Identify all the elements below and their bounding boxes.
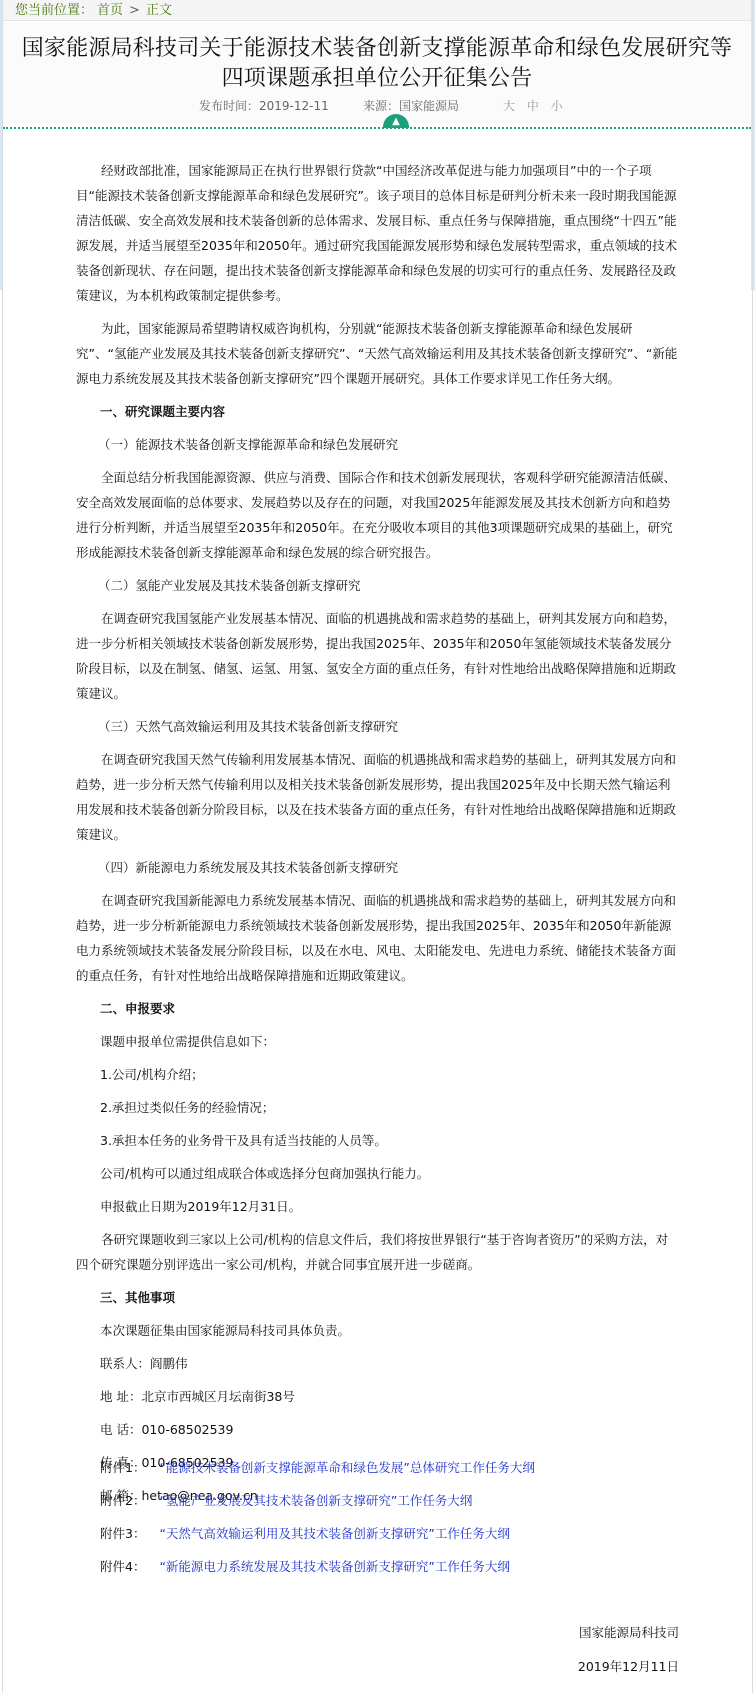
subsection-text-1: 全面总结分析我国能源资源、供应与消费、国际合作和技术创新发展现状，客观科学研究能…	[76, 465, 680, 565]
section-heading-1: 一、研究课题主要内容	[76, 399, 680, 424]
section-heading-2: 二、申报要求	[76, 996, 680, 1021]
responsible-party-text: 本次课题征集由国家能源局科技司具体负责。	[76, 1318, 680, 1343]
requirements-intro: 课题申报单位需提供信息如下：	[76, 1029, 680, 1054]
subsection-text-4: 在调查研究我国新能源电力系统发展基本情况、面临的机遇挑战和需求趋势的基础上，研判…	[76, 888, 680, 988]
page-title: 国家能源局科技司关于能源技术装备创新支撑能源革命和绿色发展研究等 四项课题承担单…	[3, 34, 751, 94]
subsection-title-1: （一）能源技术装备创新支撑能源革命和绿色发展研究	[76, 432, 680, 457]
attachment-item-4: 附件4：“新能源电力系统发展及其技术装备创新支撑研究”工作任务大纲	[100, 1558, 510, 1576]
requirements-note: 公司/机构可以通过组成联合体或选择分包商加强执行能力。	[76, 1161, 680, 1186]
signature-date: 2019年12月11日	[578, 1657, 679, 1675]
signature-org: 国家能源局科技司	[579, 1623, 679, 1641]
attachment-label: 附件3：	[100, 1526, 145, 1541]
contact-person: 联系人：阎鹏伟	[76, 1351, 680, 1376]
breadcrumb-separator-icon: >	[129, 3, 140, 18]
attachment-link-2[interactable]: “氢能产业发展及其技术装备创新支撑研究”工作任务大纲	[159, 1493, 472, 1508]
subsection-text-2: 在调查研究我国氢能产业发展基本情况、面临的机遇挑战和需求趋势的基础上，研判其发展…	[76, 606, 680, 706]
contact-phone: 电 话：010-68502539	[76, 1417, 680, 1442]
purpose-paragraph: 为此，国家能源局希望聘请权威咨询机构，分别就“能源技术装备创新支撑能源革命和绿色…	[76, 316, 680, 391]
breadcrumb-prefix: 您当前位置：	[15, 3, 93, 18]
attachment-item-3: 附件3：“天然气高效输运利用及其技术装备创新支撑研究”工作任务大纲	[100, 1525, 510, 1543]
attachment-link-1[interactable]: “能源技术装备创新支撑能源革命和绿色发展”总体研究工作任务大纲	[159, 1460, 534, 1475]
contact-address: 地 址：北京市西城区月坛南街38号	[76, 1384, 680, 1409]
font-size-small-button[interactable]: 小	[551, 99, 563, 113]
intro-paragraph: 经财政部批准，国家能源局正在执行世界银行贷款“中国经济改革促进与能力加强项目”中…	[76, 158, 680, 308]
attachment-label: 附件1：	[100, 1460, 145, 1475]
attachment-item-1: 附件1：“能源技术装备创新支撑能源革命和绿色发展”总体研究工作任务大纲	[100, 1459, 535, 1477]
selection-method-text: 各研究课题收到三家以上公司/机构的信息文件后，我们将按世界银行“基于咨询者资历”…	[76, 1227, 680, 1277]
article-header: 国家能源局科技司关于能源技术装备创新支撑能源革命和绿色发展研究等 四项课题承担单…	[3, 22, 751, 124]
breadcrumb: 您当前位置：首页>正文	[3, 0, 751, 21]
font-size-large-button[interactable]: 大	[503, 99, 515, 113]
breadcrumb-current: 正文	[146, 3, 172, 18]
attachment-link-3[interactable]: “天然气高效输运利用及其技术装备创新支撑研究”工作任务大纲	[159, 1526, 509, 1541]
subsection-title-4: （四）新能源电力系统发展及其技术装备创新支撑研究	[76, 855, 680, 880]
attachment-label: 附件2：	[100, 1493, 145, 1508]
attachment-item-2: 附件2：“氢能产业发展及其技术装备创新支撑研究”工作任务大纲	[100, 1492, 472, 1510]
deadline-text: 申报截止日期为2019年12月31日。	[76, 1194, 680, 1219]
publish-date: 发布时间：2019-12-11	[199, 97, 329, 115]
attachment-link-4[interactable]: “新能源电力系统发展及其技术装备创新支撑研究”工作任务大纲	[159, 1559, 509, 1574]
breadcrumb-home[interactable]: 首页	[97, 3, 123, 18]
requirement-item-2: 2.承担过类似任务的经验情况；	[76, 1095, 680, 1120]
title-line-2: 四项课题承担单位公开征集公告	[222, 66, 533, 91]
font-size-control: 大 中 小	[503, 97, 571, 115]
header-divider	[3, 127, 751, 129]
attachment-label: 附件4：	[100, 1559, 145, 1574]
title-line-1: 国家能源局科技司关于能源技术装备创新支撑能源革命和绿色发展研究等	[22, 36, 732, 61]
subsection-title-3: （三）天然气高效输运利用及其技术装备创新支撑研究	[76, 714, 680, 739]
subsection-title-2: （二）氢能产业发展及其技术装备创新支撑研究	[76, 573, 680, 598]
section-heading-3: 三、其他事项	[76, 1285, 680, 1310]
article-source: 来源：国家能源局	[363, 97, 459, 115]
subsection-text-3: 在调查研究我国天然气传输利用发展基本情况、面临的机遇挑战和需求趋势的基础上，研判…	[76, 747, 680, 847]
requirement-item-3: 3.承担本任务的业务骨干及具有适当技能的人员等。	[76, 1128, 680, 1153]
requirement-item-1: 1.公司/机构介绍；	[76, 1062, 680, 1087]
article-body: 经财政部批准，国家能源局正在执行世界银行贷款“中国经济改革促进与能力加强项目”中…	[76, 158, 680, 1516]
chevron-up-icon: ▲	[392, 116, 400, 127]
font-size-medium-button[interactable]: 中	[527, 99, 539, 113]
